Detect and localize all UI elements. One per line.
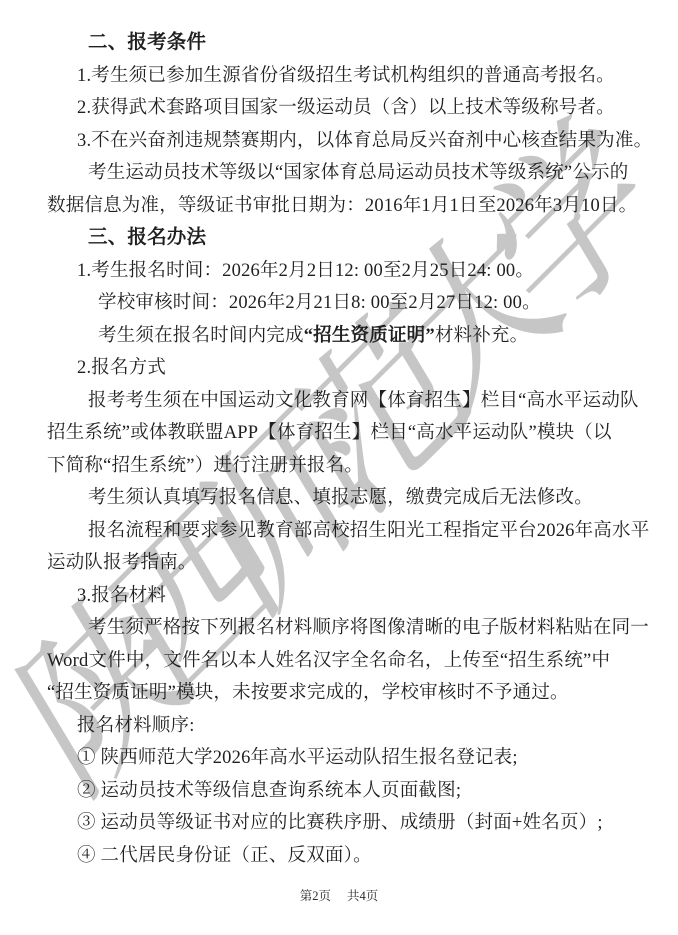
line-text: 报考考生须在中国运动文化教育网【体育招生】栏目“高水平运动队 (88, 391, 639, 411)
doc-line: 考生须认真填写报名信息、填报志愿，缴费完成后无法修改。 (47, 482, 633, 515)
line-text: 学校审核时间：2026年2月21日8: 00至2月27日12: 00。 (98, 293, 541, 313)
line-text: 3.报名材料 (77, 586, 166, 606)
doc-line: 报名材料顺序: (47, 710, 633, 743)
doc-line: Word文件中，文件名以本人姓名汉字全名命名，上传至“招生系统”中 (47, 645, 633, 678)
line-text: 考生须在报名时间内完成 (98, 326, 304, 346)
line-text: 二、报考条件 (88, 32, 206, 53)
document-page: 陕西师范大学 二、报考条件1.考生须已参加生源省份省级招生考试机构组织的普通高考… (0, 0, 678, 935)
line-text: 数据信息为准，等级证书审批日期为：2016年1月1日至2026年3月10日。 (47, 196, 637, 216)
doc-line: 学校审核时间：2026年2月21日8: 00至2月27日12: 00。 (47, 287, 633, 320)
doc-line: 2.报名方式 (47, 352, 633, 385)
line-text: 三、报名办法 (88, 227, 206, 248)
doc-line: 2.获得武术套路项目国家一级运动员（含）以上技术等级称号者。 (47, 92, 633, 125)
page-total: 共4页 (347, 889, 378, 903)
section-heading: 二、报考条件 (47, 27, 633, 60)
line-text: 材料补充。 (435, 326, 529, 346)
emphasis-text: “招生资质证明” (304, 326, 435, 346)
doc-line: 3.不在兴奋剂违规禁赛期内，以体育总局反兴奋剂中心核查结果为准。 (47, 125, 633, 158)
line-text: 3.不在兴奋剂违规禁赛期内，以体育总局反兴奋剂中心核查结果为准。 (77, 131, 652, 151)
doc-line: 考生须严格按下列报名材料顺序将图像清晰的电子版材料粘贴在同一 (47, 612, 633, 645)
doc-line: 下简称“招生系统”）进行注册并报名。 (47, 450, 633, 483)
doc-line: ① 陕西师范大学2026年高水平运动队招生报名登记表; (47, 742, 633, 775)
document-lines: 二、报考条件1.考生须已参加生源省份省级招生考试机构组织的普通高考报名。2.获得… (47, 27, 633, 872)
line-text: 下简称“招生系统”）进行注册并报名。 (47, 456, 363, 476)
page-number: 第2页 (300, 889, 331, 903)
doc-line: “招生资质证明”模块，未按要求完成的，学校审核时不予通过。 (47, 677, 633, 710)
line-text: Word文件中，文件名以本人姓名汉字全名命名，上传至“招生系统”中 (47, 651, 610, 671)
line-text: 1.考生须已参加生源省份省级招生考试机构组织的普通高考报名。 (77, 66, 615, 86)
line-text: 考生须认真填写报名信息、填报志愿，缴费完成后无法修改。 (88, 488, 593, 508)
section-heading: 三、报名办法 (47, 222, 633, 255)
line-text: 考生须严格按下列报名材料顺序将图像清晰的电子版材料粘贴在同一 (88, 618, 649, 638)
doc-line: 考生须在报名时间内完成“招生资质证明”材料补充。 (47, 320, 633, 353)
line-text: 1.考生报名时间：2026年2月2日12: 00至2月25日24: 00。 (77, 261, 534, 281)
line-text: 运动队报考指南。 (47, 553, 197, 573)
doc-line: 3.报名材料 (47, 580, 633, 613)
doc-line: 1.考生报名时间：2026年2月2日12: 00至2月25日24: 00。 (47, 255, 633, 288)
doc-line: ③ 运动员等级证书对应的比赛秩序册、成绩册（封面+姓名页）; (47, 807, 633, 840)
doc-line: ④ 二代居民身份证（正、反双面）。 (47, 840, 633, 873)
doc-line: ② 运动员技术等级信息查询系统本人页面截图; (47, 775, 633, 808)
line-text: “招生资质证明”模块，未按要求完成的，学校审核时不予通过。 (47, 683, 569, 703)
doc-line: 数据信息为准，等级证书审批日期为：2016年1月1日至2026年3月10日。 (47, 190, 633, 223)
line-text: ② 运动员技术等级信息查询系统本人页面截图; (77, 781, 461, 801)
line-text: 报名流程和要求参见教育部高校招生阳光工程指定平台2026年高水平 (88, 521, 649, 541)
page-footer: 第2页共4页 (0, 886, 678, 904)
line-text: ④ 二代居民身份证（正、反双面）。 (77, 846, 372, 866)
doc-line: 运动队报考指南。 (47, 547, 633, 580)
doc-line: 报考考生须在中国运动文化教育网【体育招生】栏目“高水平运动队 (47, 385, 633, 418)
line-text: 考生运动员技术等级以“国家体育总局运动员技术等级系统”公示的 (88, 163, 628, 183)
line-text: 招生系统”或体教联盟APP【体育招生】栏目“高水平运动队”模块（以 (47, 423, 612, 443)
line-text: 2.报名方式 (77, 358, 166, 378)
doc-line: 1.考生须已参加生源省份省级招生考试机构组织的普通高考报名。 (47, 60, 633, 93)
doc-line: 招生系统”或体教联盟APP【体育招生】栏目“高水平运动队”模块（以 (47, 417, 633, 450)
line-text: ③ 运动员等级证书对应的比赛秩序册、成绩册（封面+姓名页）; (77, 813, 603, 833)
doc-line: 考生运动员技术等级以“国家体育总局运动员技术等级系统”公示的 (47, 157, 633, 190)
line-text: ① 陕西师范大学2026年高水平运动队招生报名登记表; (77, 748, 518, 768)
line-text: 报名材料顺序: (77, 716, 195, 736)
doc-line: 报名流程和要求参见教育部高校招生阳光工程指定平台2026年高水平 (47, 515, 633, 548)
line-text: 2.获得武术套路项目国家一级运动员（含）以上技术等级称号者。 (77, 98, 615, 118)
